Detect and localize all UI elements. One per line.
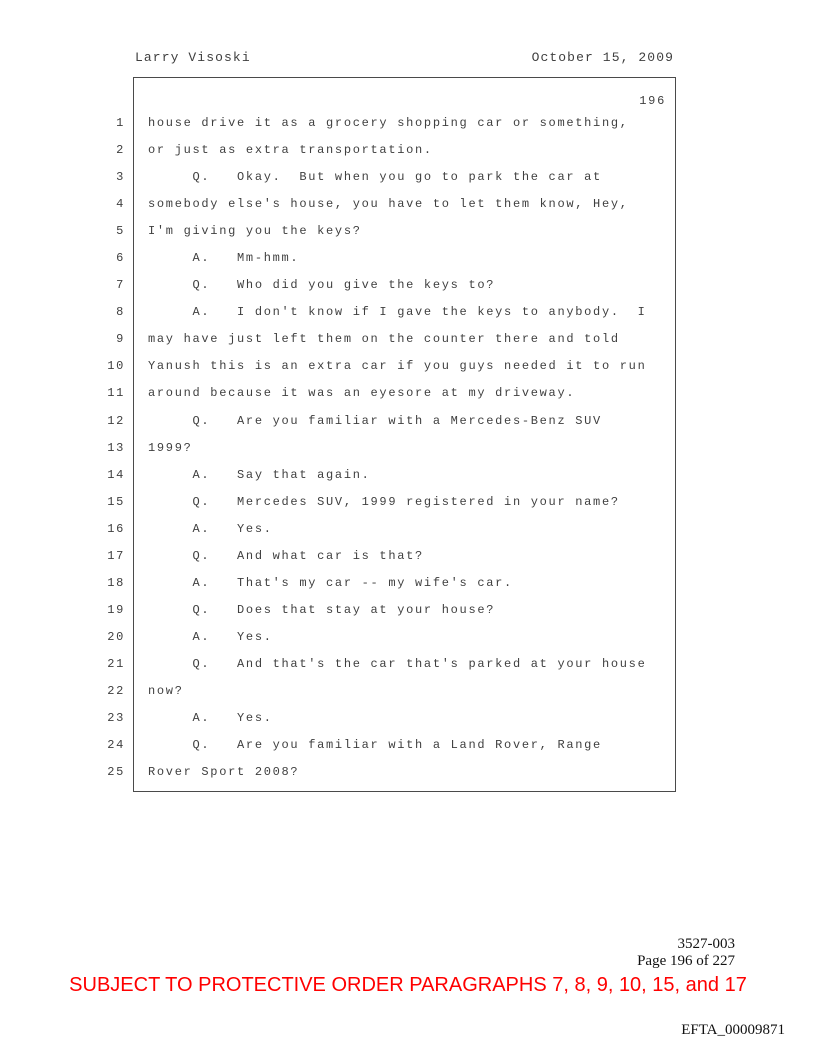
- transcript-line: 22now?: [95, 678, 680, 705]
- line-text: Q. Mercedes SUV, 1999 registered in your…: [148, 489, 620, 516]
- line-text: Yanush this is an extra car if you guys …: [148, 353, 646, 380]
- transcript-line: 10Yanush this is an extra car if you guy…: [95, 353, 680, 380]
- line-text: Q. Are you familiar with a Mercedes-Benz…: [148, 408, 602, 435]
- line-number: 16: [95, 516, 125, 543]
- page-info: Page 196 of 227: [637, 953, 735, 970]
- transcript-line: 2or just as extra transportation.: [95, 137, 680, 164]
- line-text: somebody else's house, you have to let t…: [148, 191, 629, 218]
- line-number: 12: [95, 408, 125, 435]
- line-number: 24: [95, 732, 125, 759]
- line-number: 10: [95, 353, 125, 380]
- transcript-line: 1house drive it as a grocery shopping ca…: [95, 110, 680, 137]
- line-text: Q. Does that stay at your house?: [148, 597, 495, 624]
- transcript-line: 21 Q. And that's the car that's parked a…: [95, 651, 680, 678]
- transcript-line: 11around because it was an eyesore at my…: [95, 380, 680, 407]
- transcript-page-number: 196: [639, 94, 666, 108]
- line-number: 18: [95, 570, 125, 597]
- transcript-line: 23 A. Yes.: [95, 705, 680, 732]
- deponent-name: Larry Visoski: [135, 50, 251, 68]
- line-text: house drive it as a grocery shopping car…: [148, 110, 629, 137]
- footer-reference: 3527-003 Page 196 of 227: [637, 936, 735, 970]
- transcript-line: 7 Q. Who did you give the keys to?: [95, 272, 680, 299]
- line-number: 7: [95, 272, 125, 299]
- line-number: 13: [95, 435, 125, 462]
- line-text: Q. And what car is that?: [148, 543, 424, 570]
- line-number: 22: [95, 678, 125, 705]
- line-text: A. Yes.: [148, 624, 273, 651]
- transcript-line: 17 Q. And what car is that?: [95, 543, 680, 570]
- line-number: 21: [95, 651, 125, 678]
- deposition-date: October 15, 2009: [532, 50, 674, 68]
- bates-number: EFTA_00009871: [681, 1022, 785, 1039]
- transcript-line: 19 Q. Does that stay at your house?: [95, 597, 680, 624]
- transcript-line: 14 A. Say that again.: [95, 462, 680, 489]
- line-number: 9: [95, 326, 125, 353]
- protective-order-stamp: SUBJECT TO PROTECTIVE ORDER PARAGRAPHS 7…: [0, 974, 816, 997]
- line-text: I'm giving you the keys?: [148, 218, 362, 245]
- line-text: may have just left them on the counter t…: [148, 326, 620, 353]
- line-number: 8: [95, 299, 125, 326]
- transcript-line: 6 A. Mm-hmm.: [95, 245, 680, 272]
- line-text: Q. Who did you give the keys to?: [148, 272, 495, 299]
- line-text: around because it was an eyesore at my d…: [148, 380, 575, 407]
- transcript-line: 15 Q. Mercedes SUV, 1999 registered in y…: [95, 489, 680, 516]
- line-number: 17: [95, 543, 125, 570]
- transcript-line: 5I'm giving you the keys?: [95, 218, 680, 245]
- line-number: 15: [95, 489, 125, 516]
- line-number: 5: [95, 218, 125, 245]
- line-number: 19: [95, 597, 125, 624]
- transcript-line: 18 A. That's my car -- my wife's car.: [95, 570, 680, 597]
- transcript-line: 8 A. I don't know if I gave the keys to …: [95, 299, 680, 326]
- transcript-page: Larry Visoski October 15, 2009 196 1hous…: [0, 0, 816, 1056]
- transcript-line: 131999?: [95, 435, 680, 462]
- line-text: Q. Are you familiar with a Land Rover, R…: [148, 732, 602, 759]
- line-number: 25: [95, 759, 125, 786]
- line-text: A. Yes.: [148, 705, 273, 732]
- line-number: 14: [95, 462, 125, 489]
- case-number: 3527-003: [637, 936, 735, 953]
- line-text: A. Mm-hmm.: [148, 245, 299, 272]
- line-text: Rover Sport 2008?: [148, 759, 299, 786]
- line-number: 2: [95, 137, 125, 164]
- line-number: 6: [95, 245, 125, 272]
- page-header: Larry Visoski October 15, 2009: [135, 50, 674, 68]
- line-number: 11: [95, 380, 125, 407]
- line-text: A. Say that again.: [148, 462, 371, 489]
- line-text: A. Yes.: [148, 516, 273, 543]
- transcript-line: 25Rover Sport 2008?: [95, 759, 680, 786]
- transcript-lines: 1house drive it as a grocery shopping ca…: [95, 110, 680, 786]
- transcript-line: 3 Q. Okay. But when you go to park the c…: [95, 164, 680, 191]
- line-text: A. That's my car -- my wife's car.: [148, 570, 513, 597]
- transcript-line: 16 A. Yes.: [95, 516, 680, 543]
- line-number: 20: [95, 624, 125, 651]
- line-number: 4: [95, 191, 125, 218]
- transcript-line: 12 Q. Are you familiar with a Mercedes-B…: [95, 408, 680, 435]
- line-text: Q. Okay. But when you go to park the car…: [148, 164, 602, 191]
- line-text: or just as extra transportation.: [148, 137, 433, 164]
- line-number: 23: [95, 705, 125, 732]
- transcript-line: 20 A. Yes.: [95, 624, 680, 651]
- line-text: now?: [148, 678, 184, 705]
- line-text: A. I don't know if I gave the keys to an…: [148, 299, 646, 326]
- line-text: 1999?: [148, 435, 193, 462]
- line-number: 3: [95, 164, 125, 191]
- line-number: 1: [95, 110, 125, 137]
- transcript-line: 4somebody else's house, you have to let …: [95, 191, 680, 218]
- line-text: Q. And that's the car that's parked at y…: [148, 651, 646, 678]
- transcript-line: 9may have just left them on the counter …: [95, 326, 680, 353]
- transcript-line: 24 Q. Are you familiar with a Land Rover…: [95, 732, 680, 759]
